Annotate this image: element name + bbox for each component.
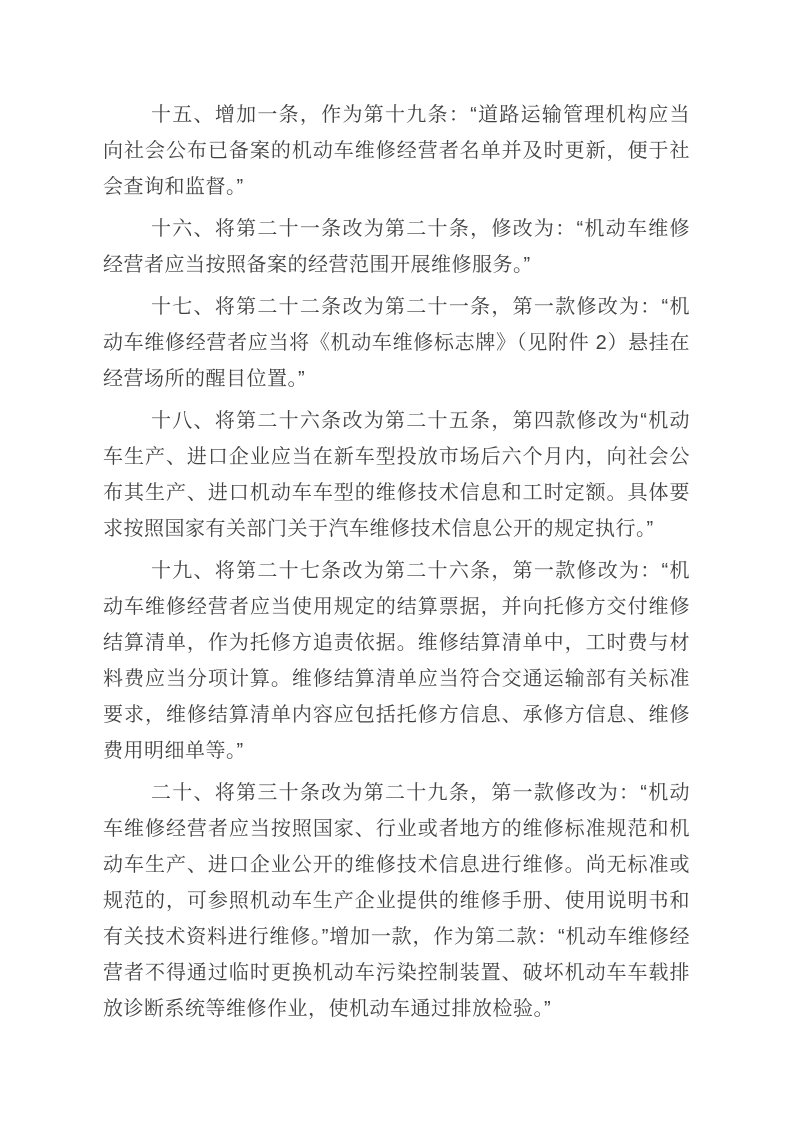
paragraph-article-15: 十五、增加一条，作为第十九条：“道路运输管理机构应当向社会公布已备案的机动车维修… xyxy=(103,97,690,205)
paragraph-article-17: 十七、将第二十二条改为第二十一条，第一款修改为：“机动车维修经营者应当将《机动车… xyxy=(103,289,690,397)
document-page: 十五、增加一条，作为第十九条：“道路运输管理机构应当向社会公布已备案的机动车维修… xyxy=(0,0,793,1122)
paragraph-article-18: 十八、将第二十六条改为第二十五条，第四款修改为“机动车生产、进口企业应当在新车型… xyxy=(103,403,690,547)
paragraph-article-20: 二十、将第三十条改为第二十九条，第一款修改为：“机动车维修经营者应当按照国家、行… xyxy=(103,775,690,1027)
paragraph-article-19: 十九、将第二十七条改为第二十六条，第一款修改为：“机动车维修经营者应当使用规定的… xyxy=(103,553,690,769)
document-content: 十五、增加一条，作为第十九条：“道路运输管理机构应当向社会公布已备案的机动车维修… xyxy=(103,97,690,1033)
paragraph-article-16: 十六、将第二十一条改为第二十条，修改为：“机动车维修经营者应当按照备案的经营范围… xyxy=(103,211,690,283)
